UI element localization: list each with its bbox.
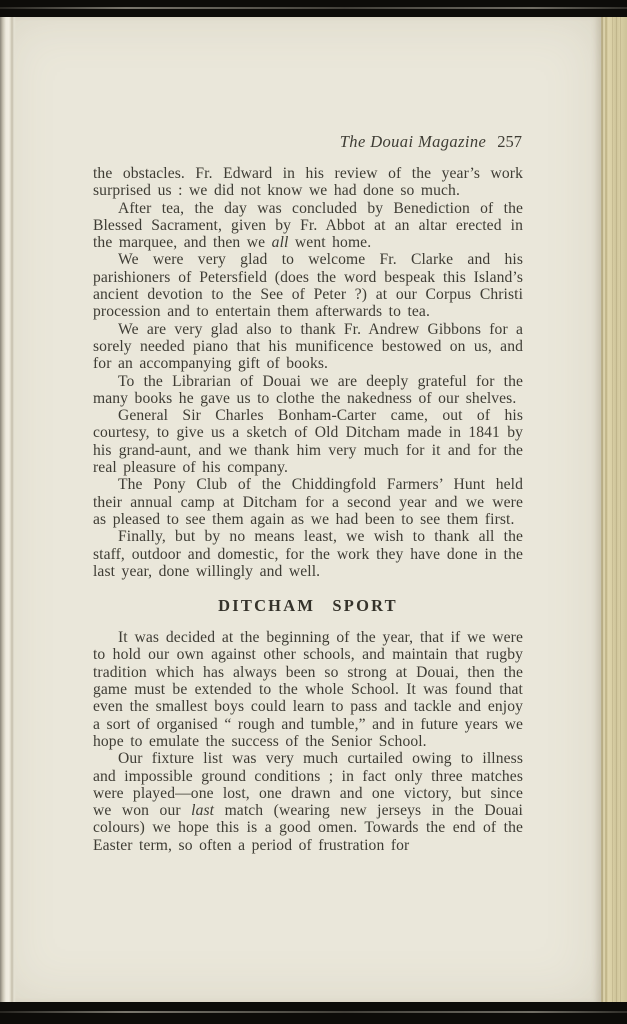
paragraph: Our fixture list was very much curtailed… <box>93 750 523 854</box>
scan-top-border <box>0 0 627 17</box>
italic-word: all <box>272 234 289 251</box>
book-scan: The Douai Magazine 257 the obstacles. Fr… <box>0 0 627 1024</box>
paragraph: the obstacles. Fr. Edward in his review … <box>93 165 523 200</box>
paragraph: General Sir Charles Bonham-Carter came, … <box>93 407 523 476</box>
scan-bottom-border <box>0 1002 627 1024</box>
paragraph-text: went home. <box>288 234 371 251</box>
paragraph: We were very glad to welcome Fr. Clarke … <box>93 251 523 320</box>
paragraph: The Pony Club of the Chiddingfold Farmer… <box>93 476 523 528</box>
paragraph: It was decided at the beginning of the y… <box>93 629 523 750</box>
paragraph: To the Librarian of Douai we are deeply … <box>93 373 523 408</box>
paragraph: After tea, the day was concluded by Bene… <box>93 200 523 252</box>
section-heading: DITCHAM SPORT <box>93 596 523 616</box>
text-column: The Douai Magazine 257 the obstacles. Fr… <box>93 132 523 854</box>
page-body: the obstacles. Fr. Edward in his review … <box>93 165 523 854</box>
paragraph: Finally, but by no means least, we wish … <box>93 528 523 580</box>
book-page: The Douai Magazine 257 the obstacles. Fr… <box>0 15 601 1004</box>
book-fore-edge <box>600 14 627 1004</box>
page-gutter-edge <box>0 15 16 1004</box>
running-head: The Douai Magazine 257 <box>93 132 523 152</box>
italic-word: last <box>191 802 214 819</box>
page-number: 257 <box>497 132 522 152</box>
paragraph: We are very glad also to thank Fr. Andre… <box>93 321 523 373</box>
running-title: The Douai Magazine <box>340 132 487 152</box>
